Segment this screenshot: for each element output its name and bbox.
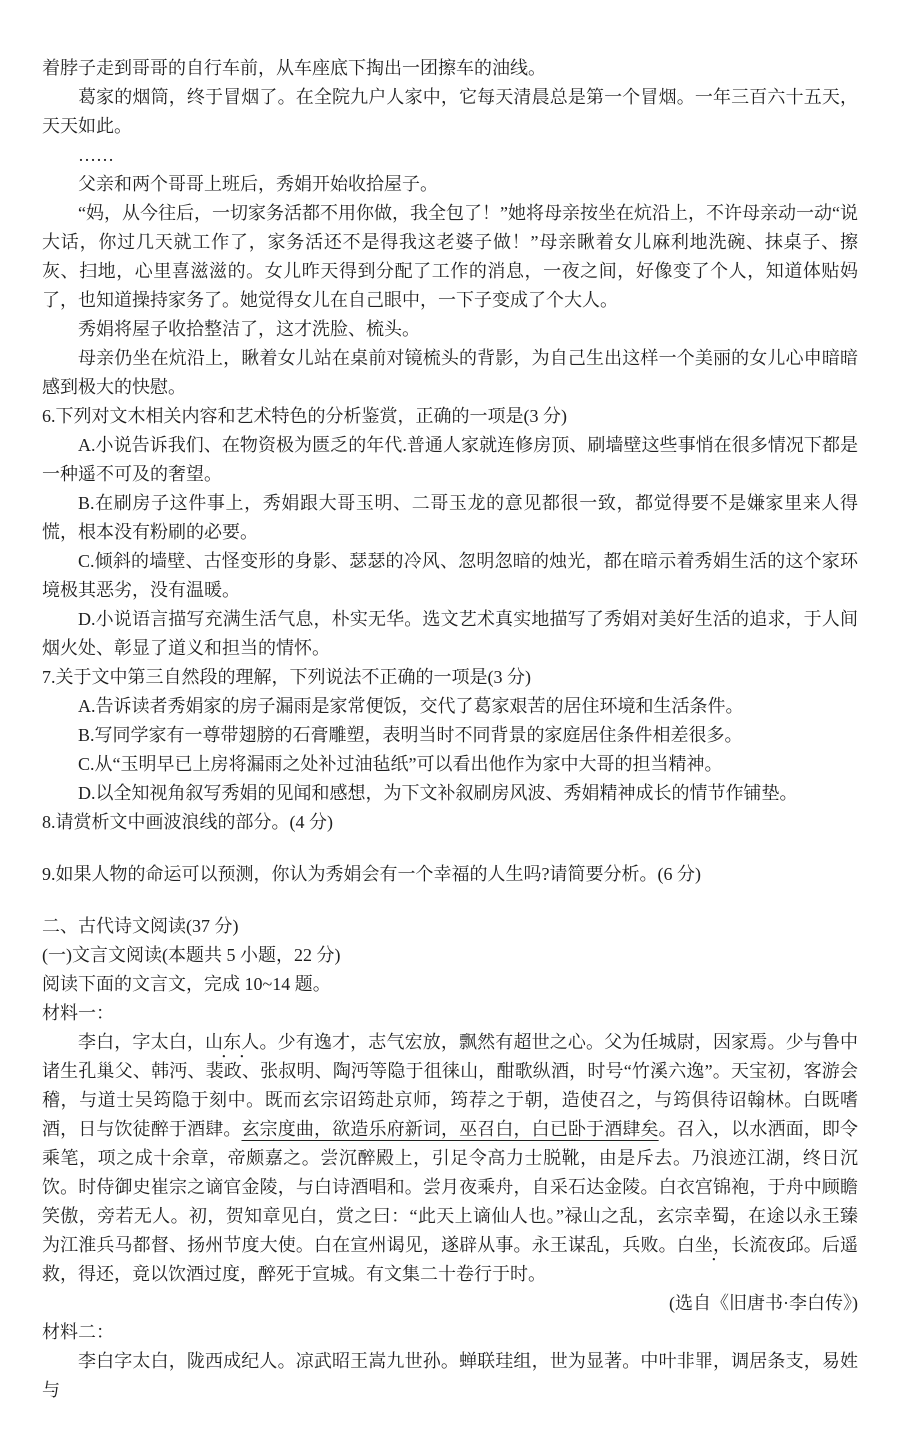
emphasis-dotted-char: 坐 xyxy=(695,1235,713,1255)
text-run: A.告诉读者秀娟家的房子漏雨是家常便饭，交代了葛家艰苦的居住环境和生活条件。 xyxy=(78,696,744,716)
section-2-1-heading: (一)文言文阅读(本题共 5 小题，22 分) xyxy=(42,941,858,970)
material-1-source: (选自《旧唐书·李白传》) xyxy=(42,1289,858,1318)
text-run: 阅读下面的文言文，完成 10~14 题。 xyxy=(42,974,331,994)
text-run: C.从“玉明早已上房将漏雨之处补过油毡纸”可以看出他作为家中大哥的担当精神。 xyxy=(78,754,722,774)
text-run: 6.下列对文木相关内容和艺术特色的分析鉴赏，正确的一项是(3 分) xyxy=(42,406,567,426)
material-2-label: 材料二： xyxy=(42,1318,858,1347)
question-7-option-d: D.以全知视角叙写秀娟的见闻和感想，为下文补叙刷房风波、秀娟精神成长的情节作铺垫… xyxy=(42,779,858,808)
question-6-option-a: A.小说告诉我们、在物资极为匮乏的年代.普通人家就连修房顶、刷墙壁这些事悄在很多… xyxy=(42,431,858,489)
text-run: 葛家的烟筒，终于冒烟了。在全院九户人家中，它每天清晨总是第一个冒烟。一年三百六十… xyxy=(42,87,858,136)
material-1-label: 材料一： xyxy=(42,999,858,1028)
text-run: (一)文言文阅读(本题共 5 小题，22 分) xyxy=(42,945,340,965)
text-run: 7.关于文中第三自然段的理解，下列说法不正确的一项是(3 分) xyxy=(42,667,531,687)
underlined-passage: 玄宗度曲，欲造乐府新词，巫召白，白已卧于酒肆矣 xyxy=(242,1119,659,1139)
question-8-stem: 8.请赏析文中画波浪线的部分。(4 分) xyxy=(42,808,858,837)
question-6-stem: 6.下列对文木相关内容和艺术特色的分析鉴赏，正确的一项是(3 分) xyxy=(42,402,858,431)
text-run: 李白字太白，陇西成纪人。凉武昭王嵩九世孙。蝉联珪组，世为显著。中叶非罪，调居条支… xyxy=(42,1351,858,1400)
emphasis-dotted-char: 山 xyxy=(205,1032,223,1052)
question-6-option-b: B.在刷房子这件事上，秀娟跟大哥玉明、二哥玉龙的意见都很一致，都觉得要不是嫌家里… xyxy=(42,489,858,547)
question-6-option-c: C.倾斜的墙壁、古怪变形的身影、瑟瑟的冷风、忽明忽暗的烛光，都在暗示着秀娟生活的… xyxy=(42,547,858,605)
text-run: C.倾斜的墙壁、古怪变形的身影、瑟瑟的冷风、忽明忽暗的烛光，都在暗示着秀娟生活的… xyxy=(42,551,858,600)
question-7-option-c: C.从“玉明早已上房将漏雨之处补过油毡纸”可以看出他作为家中大哥的担当精神。 xyxy=(42,750,858,779)
material-1-text: 李白，字太白，山东人。少有逸才，志气宏放，飘然有超世之心。父为任城尉，因家焉。少… xyxy=(42,1028,858,1289)
text-run: 材料二： xyxy=(42,1322,114,1342)
material-2-text: 李白字太白，陇西成纪人。凉武昭王嵩九世孙。蝉联珪组，世为显著。中叶非罪，调居条支… xyxy=(42,1347,858,1405)
text-run: 母亲仍坐在炕沿上，瞅着女儿站在桌前对镜梳头的背影，为自己生出这样一个美丽的女儿心… xyxy=(42,348,858,397)
text-run: B.在刷房子这件事上，秀娟跟大哥玉明、二哥玉龙的意见都很一致，都觉得要不是嫌家里… xyxy=(42,493,858,542)
text-run: 8.请赏析文中画波浪线的部分。(4 分) xyxy=(42,812,333,832)
novel-para-mother: 母亲仍坐在炕沿上，瞅着女儿站在桌前对镜梳头的背影，为自己生出这样一个美丽的女儿心… xyxy=(42,344,858,402)
novel-ellipsis: …… xyxy=(42,141,858,170)
text-run: 二、古代诗文阅读(37 分) xyxy=(42,916,239,936)
section-2-heading: 二、古代诗文阅读(37 分) xyxy=(42,912,858,941)
question-7-option-b: B.写同学家有一尊带翅膀的石膏雕塑，表明当时不同背景的家庭居住条件相差很多。 xyxy=(42,721,858,750)
question-6-option-d: D.小说语言描写充满生活气息，朴实无华。选文艺术真实地描写了秀娟对美好生活的追求… xyxy=(42,605,858,663)
reading-instruction: 阅读下面的文言文，完成 10~14 题。 xyxy=(42,970,858,999)
text-run: 材料一： xyxy=(42,1003,114,1023)
text-run: D.以全知视角叙写秀娟的见闻和感想，为下文补叙刷房风波、秀娟精神成长的情节作铺垫… xyxy=(78,783,798,803)
novel-para-tidy: 秀娟将屋子收拾整洁了，这才洗脸、梳头。 xyxy=(42,315,858,344)
text-run: 着脖子走到哥哥的自行车前，从车座底下掏出一团擦车的油线。 xyxy=(42,58,546,78)
text-run: 秀娟将屋子收拾整洁了，这才洗脸、梳头。 xyxy=(78,319,420,339)
novel-para-dialogue: “妈，从今往后，一切家务活都不用你做，我全包了！”她将母亲按坐在炕沿上，不许母亲… xyxy=(42,199,858,315)
text-run: 李白，字太白， xyxy=(78,1032,205,1052)
novel-para-chimney: 葛家的烟筒，终于冒烟了。在全院九户人家中，它每天清晨总是第一个冒烟。一年三百六十… xyxy=(42,83,858,141)
emphasis-dotted-char: 东 xyxy=(223,1032,241,1052)
text-run: D.小说语言描写充满生活气息，朴实无华。选文艺术真实地描写了秀娟对美好生活的追求… xyxy=(42,609,858,658)
text-run: (选自《旧唐书·李白传》) xyxy=(669,1293,858,1313)
question-9-stem: 9.如果人物的命运可以预测，你认为秀娟会有一个幸福的人生吗?请简要分析。(6 分… xyxy=(42,860,858,889)
text-run: …… xyxy=(78,145,114,165)
question-7-stem: 7.关于文中第三自然段的理解，下列说法不正确的一项是(3 分) xyxy=(42,663,858,692)
novel-para-father-leaves: 父亲和两个哥哥上班后，秀娟开始收拾屋子。 xyxy=(42,170,858,199)
question-7-option-a: A.告诉读者秀娟家的房子漏雨是家常便饭，交代了葛家艰苦的居住环境和生活条件。 xyxy=(42,692,858,721)
text-run: “妈，从今往后，一切家务活都不用你做，我全包了！”她将母亲按坐在炕沿上，不许母亲… xyxy=(42,203,858,310)
text-run: B.写同学家有一尊带翅膀的石膏雕塑，表明当时不同背景的家庭居住条件相差很多。 xyxy=(78,725,743,745)
text-run: 父亲和两个哥哥上班后，秀娟开始收拾屋子。 xyxy=(78,174,438,194)
exam-paper-body: 着脖子走到哥哥的自行车前，从车座底下掏出一团擦车的油线。葛家的烟筒，终于冒烟了。… xyxy=(42,54,858,1405)
text-run: A.小说告诉我们、在物资极为匮乏的年代.普通人家就连修房顶、刷墙壁这些事悄在很多… xyxy=(42,435,858,484)
text-run: 9.如果人物的命运可以预测，你认为秀娟会有一个幸福的人生吗?请简要分析。(6 分… xyxy=(42,864,701,884)
exam-paper-page: 着脖子走到哥哥的自行车前，从车座底下掏出一团擦车的油线。葛家的烟筒，终于冒烟了。… xyxy=(0,0,900,1435)
novel-line-oil-thread: 着脖子走到哥哥的自行车前，从车座底下掏出一团擦车的油线。 xyxy=(42,54,858,83)
